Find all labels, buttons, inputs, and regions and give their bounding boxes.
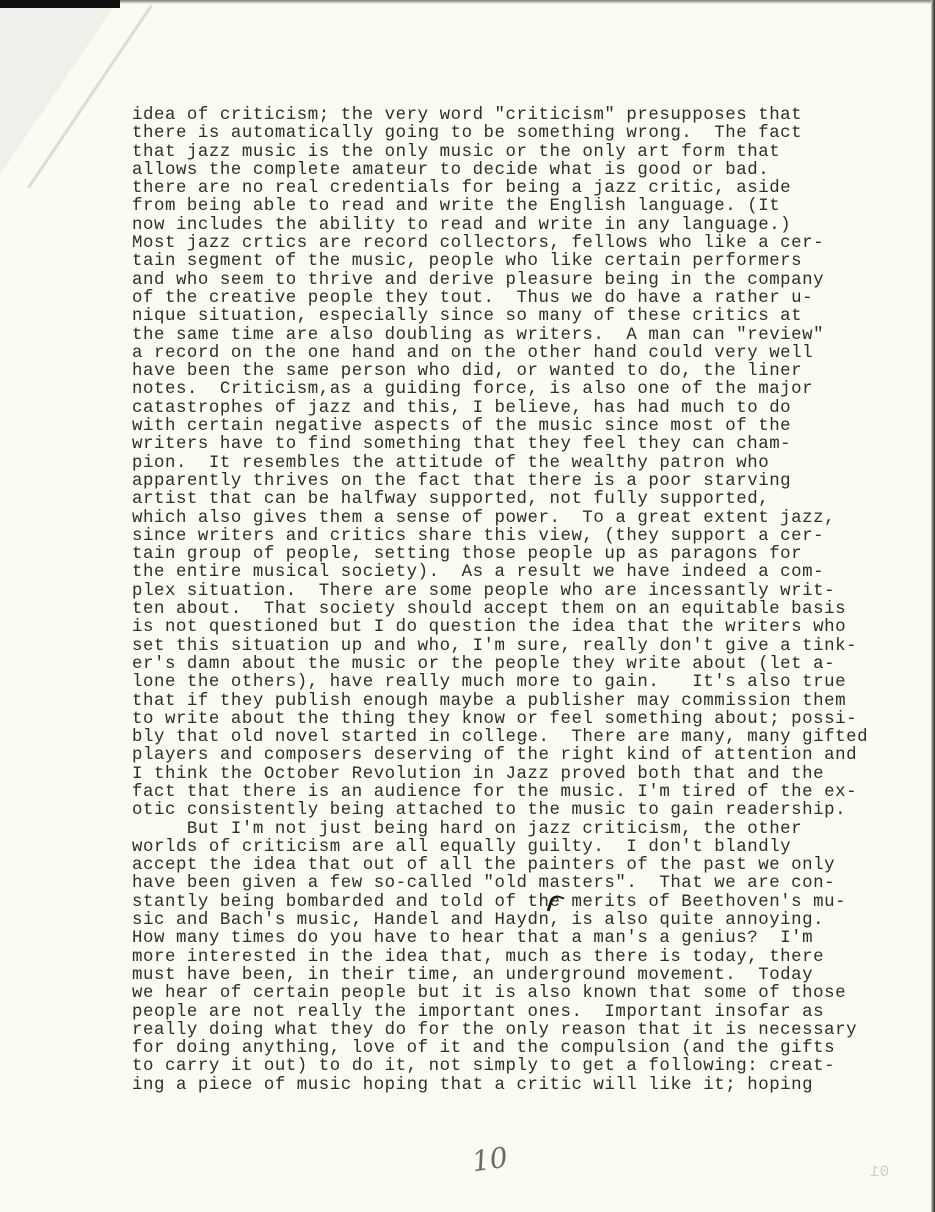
text-line: stantly being bombarded and told of the …	[132, 894, 892, 912]
scan-top-edge	[0, 0, 935, 4]
text-line: have been given a few so-called "old mas…	[132, 875, 892, 893]
text-line: artist that can be halfway supported, no…	[132, 491, 892, 509]
text-line: really doing what they do for the only r…	[132, 1022, 892, 1040]
text-line: allows the complete amateur to decide wh…	[132, 162, 892, 180]
text-line: a record on the one hand and on the othe…	[132, 345, 892, 363]
text-line: to write about the thing they know or fe…	[132, 711, 892, 729]
text-line: players and composers deserving of the r…	[132, 747, 892, 765]
text-line: is not questioned but I do question the …	[132, 619, 892, 637]
page-number: 10	[470, 1141, 510, 1179]
text-line: plex situation. There are some people wh…	[132, 583, 892, 601]
text-line: But I'm not just being hard on jazz crit…	[132, 821, 892, 839]
text-line: nique situation, especially since so man…	[132, 308, 892, 326]
text-line: that jazz music is the only music or the…	[132, 144, 892, 162]
text-line: worlds of criticism are all equally guil…	[132, 839, 892, 857]
text-line: fact that there is an audience for the m…	[132, 784, 892, 802]
text-line: sic and Bach's music, Handel and Haydn, …	[132, 912, 892, 930]
text-line: from being able to read and write the En…	[132, 198, 892, 216]
text-line: pion. It resembles the attitude of the w…	[132, 455, 892, 473]
text-line: er's damn about the music or the people …	[132, 656, 892, 674]
text-line: now includes the ability to read and wri…	[132, 217, 892, 235]
text-line: idea of criticism; the very word "critic…	[132, 107, 892, 125]
text-line: with certain negative aspects of the mus…	[132, 418, 892, 436]
text-line: notes. Criticism,as a guiding force, is …	[132, 381, 892, 399]
text-line: of the creative people they tout. Thus w…	[132, 290, 892, 308]
text-line: we hear of certain people but it is also…	[132, 985, 892, 1003]
text-line: which also gives them a sense of power. …	[132, 510, 892, 528]
text-line: I think the October Revolution in Jazz p…	[132, 766, 892, 784]
text-line: lone the others), have really much more …	[132, 674, 892, 692]
bleed-through-page-number: 01	[870, 1163, 889, 1181]
text-line: How many times do you have to hear that …	[132, 930, 892, 948]
text-line: the same time are also doubling as write…	[132, 327, 892, 345]
text-line: people are not really the important ones…	[132, 1004, 892, 1022]
text-line: otic consistently being attached to the …	[132, 802, 892, 820]
text-line: for doing anything, love of it and the c…	[132, 1040, 892, 1058]
text-line: and who seem to thrive and derive pleasu…	[132, 272, 892, 290]
text-line: catastrophes of jazz and this, I believe…	[132, 400, 892, 418]
text-line: more interested in the idea that, much a…	[132, 949, 892, 967]
text-line: ing a piece of music hoping that a criti…	[132, 1077, 892, 1095]
text-line: tain group of people, setting those peop…	[132, 546, 892, 564]
scan-right-edge	[931, 0, 935, 1212]
text-line: writers have to find something that they…	[132, 436, 892, 454]
text-line: ten about. That society should accept th…	[132, 601, 892, 619]
text-line: Most jazz crtics are record collectors, …	[132, 235, 892, 253]
text-line: there is automatically going to be somet…	[132, 125, 892, 143]
folded-corner	[0, 0, 118, 175]
text-line: apparently thrives on the fact that ther…	[132, 473, 892, 491]
text-line: that if they publish enough maybe a publ…	[132, 693, 892, 711]
text-line: bly that old novel started in college. T…	[132, 729, 892, 747]
text-line: to carry it out) to do it, not simply to…	[132, 1058, 892, 1076]
text-line: there are no real credentials for being …	[132, 180, 892, 198]
text-line: must have been, in their time, an underg…	[132, 967, 892, 985]
text-line: set this situation up and who, I'm sure,…	[132, 638, 892, 656]
text-line: accept the idea that out of all the pain…	[132, 857, 892, 875]
text-line: tain segment of the music, people who li…	[132, 253, 892, 271]
typewritten-text-body: idea of criticism; the very word "critic…	[132, 107, 892, 1095]
text-line: since writers and critics share this vie…	[132, 528, 892, 546]
scan-corner-shadow	[0, 0, 120, 8]
text-line: have been the same person who did, or wa…	[132, 363, 892, 381]
text-line: the entire musical society). As a result…	[132, 564, 892, 582]
